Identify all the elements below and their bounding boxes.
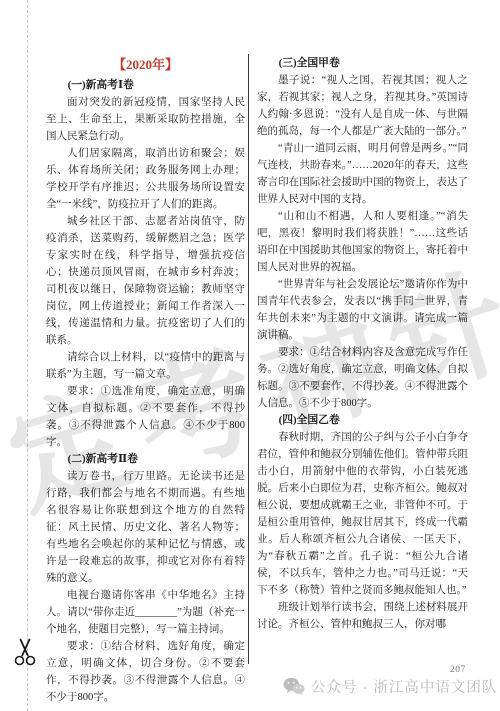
cut-dashed-line (27, 0, 28, 711)
exam-material-paragraph: 墨子说：“视人之国，若视其国；视人之家，若视其家；视人之身，若视其身。”英国诗人… (257, 72, 468, 140)
exam-requirements-paragraph: 要求：①选准角度，确定立意，明确文体，自拟标题。②不要套作，不得抄袭。③不得泄露… (46, 383, 245, 451)
footer-brand: 公众号 · 浙江高中语文团队 (283, 676, 497, 697)
exam-material-paragraph: 春秋时期，齐国的公子纠与公子小白争夺君位，管仲和鲍叔分别辅佐他们。管仲带兵阻击小… (257, 429, 468, 599)
exam-task-paragraph: 请综合以上材料，以“疫情中的距离与联系”为主题，写一篇文章。 (46, 349, 245, 383)
column-divider-line (248, 54, 249, 664)
exam-task-paragraph: 电视台邀请你客串《中华地名》主持人。请以“带你走近________”为题（补充一… (46, 587, 245, 638)
exam-material-paragraph: 城乡社区干部、志愿者站岗值守，防疫消杀，送菜购药，缓解燃眉之急；医学专家实时在线… (46, 213, 245, 349)
exam-task-paragraph: 班级计划举行读书会，围绕上述材料展开讨论。齐桓公、管仲和鲍叔三人，你对哪 (257, 599, 468, 633)
exam-task-paragraph: “世界青年与社会发展论坛”邀请你作为中国青年代表参会，发表以“携手同一世界，青年… (257, 276, 468, 344)
exam-material-paragraph: 人们居家隔离，取消出访和聚会；娱乐、体育场所关闭；政务服务网上办理；学校开学有序… (46, 145, 245, 213)
exam-material-paragraph: 读万卷书，行万里路。无论读书还是行路，我们都会与地名不期而遇。有些地名很容易让你… (46, 468, 245, 587)
exam-requirements-paragraph: 要求：①结合材料，选好角度，确定立意，明确文体，切合身份。②不要套作，不得抄袭。… (46, 638, 245, 706)
book-page: 定考神针 【2020年】 (一)新高考Ⅰ卷 面对突发的新冠疫情，国家坚持人民至上… (0, 0, 500, 711)
year-heading: 【2020年】 (46, 55, 245, 75)
section-heading-national-a: (三)全国甲卷 (257, 55, 468, 72)
right-column: (三)全国甲卷 墨子说：“视人之国，若视其国；视人之家，若视其家；视人之身，若视… (257, 55, 468, 633)
exam-requirements-paragraph: 要求：①结合材料内容及含意完成写作任务。②选好角度，确定立意，明确文体、自拟标题… (257, 344, 468, 412)
exam-material-paragraph: “青山一道同云雨，明月何曾是两乡。”“同气连枝，共盼春来。”……2020年的春天… (257, 140, 468, 208)
exam-material-paragraph: 面对突发的新冠疫情，国家坚持人民至上、生命至上，果断采取防控措施，全国人民紧急行… (46, 94, 245, 145)
footer-brand-text: 公众号 · 浙江高中语文团队 (311, 676, 497, 697)
exam-material-paragraph: “山和山不相遇，人和人要相逢。”“消失吧，黑夜！黎明时我们将获胜！”……这些话语… (257, 208, 468, 276)
page-number: 207 (450, 665, 466, 675)
wechat-icon (283, 677, 305, 696)
section-heading-new-gaokao-2: (二)新高考Ⅱ卷 (46, 451, 245, 468)
section-heading-national-b: (四)全国乙卷 (257, 412, 468, 429)
left-column: 【2020年】 (一)新高考Ⅰ卷 面对突发的新冠疫情，国家坚持人民至上、生命至上… (46, 55, 245, 706)
scissors-icon (12, 638, 38, 668)
section-heading-new-gaokao-1: (一)新高考Ⅰ卷 (46, 77, 245, 94)
